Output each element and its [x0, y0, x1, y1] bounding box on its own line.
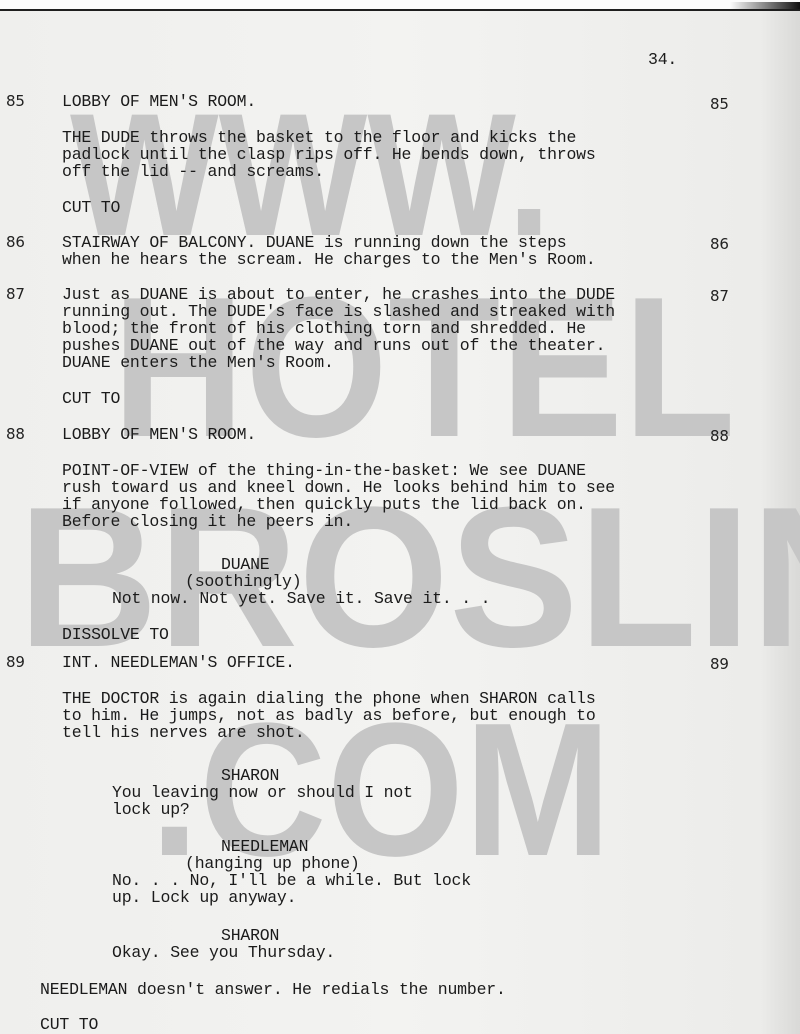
page-number: 34.: [648, 51, 677, 68]
dialogue-line: Not now. Not yet. Save it. Save it. . .: [112, 590, 490, 607]
scene-number-right: 88: [710, 428, 729, 445]
script-page: WWW. HOTEL BROSLIN .COM 34. 85 LOBBY OF …: [0, 0, 800, 1034]
dialogue-line: No. . . No, I'll be a while. But lock: [112, 872, 471, 889]
action-line: padlock until the clasp rips off. He ben…: [62, 146, 596, 163]
transition: CUT TO: [62, 199, 120, 216]
scene-number-right: 87: [710, 288, 729, 305]
parenthetical: (hanging up phone): [185, 855, 360, 872]
action-line: rush toward us and kneel down. He looks …: [62, 479, 615, 496]
scene-heading: LOBBY OF MEN'S ROOM.: [62, 93, 256, 110]
action-line: if anyone followed, then quickly puts th…: [62, 496, 586, 513]
character-name: DUANE: [221, 556, 270, 573]
scene-number-right: 86: [710, 236, 729, 253]
action-line: blood; the front of his clothing torn an…: [62, 320, 586, 337]
scene-heading: Just as DUANE is about to enter, he cras…: [62, 286, 615, 303]
transition: CUT TO: [62, 390, 120, 407]
parenthetical: (soothingly): [185, 573, 301, 590]
scene-number-left: 89: [6, 654, 25, 671]
character-name: SHARON: [221, 927, 279, 944]
scene-heading: STAIRWAY OF BALCONY. DUANE is running do…: [62, 234, 566, 251]
scene-number-left: 88: [6, 426, 25, 443]
scene-heading: LOBBY OF MEN'S ROOM.: [62, 426, 256, 443]
scene-heading: INT. NEEDLEMAN'S OFFICE.: [62, 654, 295, 671]
action-line: pushes DUANE out of the way and runs out…: [62, 337, 605, 354]
scene-number-right: 89: [710, 656, 729, 673]
scene-number-right: 85: [710, 96, 729, 113]
dialogue-line: lock up?: [112, 801, 190, 818]
transition: CUT TO: [40, 1016, 98, 1033]
page-top-edge: [0, 0, 800, 11]
action-line: running out. The DUDE's face is slashed …: [62, 303, 615, 320]
dialogue-line: up. Lock up anyway.: [112, 889, 296, 906]
scene-number-left: 85: [6, 93, 25, 110]
character-name: SHARON: [221, 767, 279, 784]
action-line: THE DOCTOR is again dialing the phone wh…: [62, 690, 596, 707]
action-line: NEEDLEMAN doesn't answer. He redials the…: [40, 981, 506, 998]
action-line: Before closing it he peers in.: [62, 513, 353, 530]
transition: DISSOLVE TO: [62, 626, 169, 643]
action-line: off the lid -- and screams.: [62, 163, 324, 180]
action-line: POINT-OF-VIEW of the thing-in-the-basket…: [62, 462, 586, 479]
action-line: DUANE enters the Men's Room.: [62, 354, 334, 371]
action-line: THE DUDE throws the basket to the floor …: [62, 129, 576, 146]
dialogue-line: You leaving now or should I not: [112, 784, 413, 801]
scene-number-left: 87: [6, 286, 25, 303]
action-line: tell his nerves are shot.: [62, 724, 305, 741]
scene-number-left: 86: [6, 234, 25, 251]
action-line: when he hears the scream. He charges to …: [62, 251, 596, 268]
action-line: to him. He jumps, not as badly as before…: [62, 707, 596, 724]
character-name: NEEDLEMAN: [221, 838, 308, 855]
dialogue-line: Okay. See you Thursday.: [112, 944, 335, 961]
